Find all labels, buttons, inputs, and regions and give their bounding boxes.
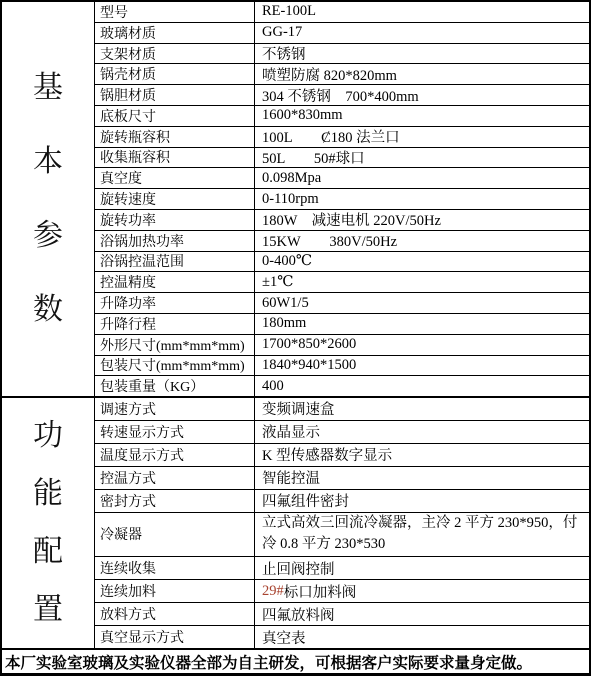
- vertical-title-char: 配: [33, 537, 63, 567]
- row-label: 真空显示方式: [95, 626, 255, 648]
- row-label: 浴锅加热功率: [95, 231, 255, 251]
- row-label: 升降功率: [95, 293, 255, 313]
- table-row: 密封方式四氟组件密封: [95, 490, 589, 513]
- table-row: 调速方式变频调速盒: [95, 398, 589, 421]
- row-value: 0-400℃: [255, 252, 589, 272]
- row-label: 锅壳材质: [95, 64, 255, 84]
- row-label: 控温方式: [95, 467, 255, 489]
- table-row: 收集瓶容积50L 50#球口: [95, 148, 589, 169]
- table-row: 外形尺寸(mm*mm*mm)1700*850*2600: [95, 335, 589, 356]
- row-label: 转速显示方式: [95, 421, 255, 443]
- row-label: 升降行程: [95, 314, 255, 334]
- row-value: 0-110rpm: [255, 189, 589, 209]
- table-row: 旋转功率180W 减速电机 220V/50Hz: [95, 210, 589, 231]
- row-value: 立式高效三回流冷凝器，主冷 2 平方 230*950，付冷 0.8 平方 230…: [255, 513, 589, 557]
- row-value: 真空表: [255, 626, 589, 648]
- table-row: 浴锅控温范围0-400℃: [95, 252, 589, 273]
- vertical-title-char: 功: [33, 421, 63, 451]
- row-value: 180W 减速电机 220V/50Hz: [255, 210, 589, 230]
- section-basic-params-title: 基 本 参 数: [2, 2, 95, 396]
- row-value: GG-17: [255, 23, 589, 43]
- vertical-title-char: 数: [33, 295, 63, 325]
- row-value: 15KW 380V/50Hz: [255, 231, 589, 251]
- vertical-title-char: 能: [33, 479, 63, 509]
- row-value: 50L 50#球口: [255, 148, 589, 168]
- row-value: 1700*850*2600: [255, 335, 589, 355]
- section-function-config-title: 功 能 配 置: [2, 398, 95, 648]
- table-row: 升降功率60W1/5: [95, 293, 589, 314]
- row-value: 1600*830mm: [255, 106, 589, 126]
- row-value: 400: [255, 376, 589, 396]
- row-value: 0.098Mpa: [255, 168, 589, 188]
- table-row: 包装尺寸(mm*mm*mm)1840*940*1500: [95, 356, 589, 377]
- table-row: 支架材质不锈钢: [95, 44, 589, 65]
- row-label: 支架材质: [95, 44, 255, 64]
- row-value: 四氟放料阀: [255, 603, 589, 625]
- vertical-title-char: 参: [33, 221, 63, 251]
- row-label: 连续加料: [95, 580, 255, 602]
- row-label: 旋转速度: [95, 189, 255, 209]
- row-value: 180mm: [255, 314, 589, 334]
- table-row: 转速显示方式液晶显示: [95, 421, 589, 444]
- row-label: 玻璃材质: [95, 23, 255, 43]
- row-label: 调速方式: [95, 398, 255, 420]
- vertical-title-char: 本: [33, 147, 63, 177]
- row-value: 100L Ȼ180 法兰口: [255, 127, 589, 147]
- row-value: 四氟组件密封: [255, 490, 589, 512]
- row-value: 止回阀控制: [255, 557, 589, 579]
- vertical-title-char: 基: [33, 73, 63, 103]
- table-row: 控温方式智能控温: [95, 467, 589, 490]
- table-row: 包装重量（KG）400: [95, 376, 589, 396]
- row-value: 液晶显示: [255, 421, 589, 443]
- row-value: 304 不锈钢 700*400mm: [255, 85, 589, 105]
- highlighted-value-part: 29#: [262, 583, 284, 600]
- row-label: 底板尺寸: [95, 106, 255, 126]
- row-value: RE-100L: [255, 2, 589, 22]
- row-label: 温度显示方式: [95, 444, 255, 466]
- row-value: ±1℃: [255, 272, 589, 292]
- row-label: 真空度: [95, 168, 255, 188]
- table-row: 温度显示方式K 型传感器数字显示: [95, 444, 589, 467]
- row-label: 连续收集: [95, 557, 255, 579]
- table-row: 真空显示方式真空表: [95, 626, 589, 648]
- table-row: 旋转速度0-110rpm: [95, 189, 589, 210]
- table-row: 锅胆材质304 不锈钢 700*400mm: [95, 85, 589, 106]
- table-row: 浴锅加热功率15KW 380V/50Hz: [95, 231, 589, 252]
- value-part: 标口加料阀: [284, 581, 357, 602]
- basic-params-rows: 型号RE-100L 玻璃材质GG-17 支架材质不锈钢 锅壳材质喷塑防腐 820…: [95, 2, 589, 396]
- row-label: 密封方式: [95, 490, 255, 512]
- row-value: K 型传感器数字显示: [255, 444, 589, 466]
- vertical-title-char: 置: [33, 595, 63, 625]
- spec-table: 基 本 参 数 型号RE-100L 玻璃材质GG-17 支架材质不锈钢 锅壳材质…: [0, 0, 591, 676]
- row-label: 包装重量（KG）: [95, 376, 255, 396]
- row-value: 喷塑防腐 820*820mm: [255, 64, 589, 84]
- row-label: 冷凝器: [95, 513, 255, 557]
- footer-note: 本厂实验室玻璃及实验仪器全部为自主研发，可根据客户实际要求量身定做。: [2, 650, 589, 673]
- table-row-condenser: 冷凝器立式高效三回流冷凝器，主冷 2 平方 230*950，付冷 0.8 平方 …: [95, 513, 589, 558]
- row-label: 放料方式: [95, 603, 255, 625]
- table-row-feeding: 连续加料 29#标口加料阀: [95, 580, 589, 603]
- section-function-config: 功 能 配 置 调速方式变频调速盒 转速显示方式液晶显示 温度显示方式K 型传感…: [2, 398, 589, 650]
- table-row: 连续收集止回阀控制: [95, 557, 589, 580]
- section-basic-params: 基 本 参 数 型号RE-100L 玻璃材质GG-17 支架材质不锈钢 锅壳材质…: [2, 2, 589, 398]
- row-label: 型号: [95, 2, 255, 22]
- row-value: 60W1/5: [255, 293, 589, 313]
- table-row: 旋转瓶容积100L Ȼ180 法兰口: [95, 127, 589, 148]
- row-label: 旋转瓶容积: [95, 127, 255, 147]
- table-row: 玻璃材质GG-17: [95, 23, 589, 44]
- table-row: 升降行程180mm: [95, 314, 589, 335]
- function-config-rows: 调速方式变频调速盒 转速显示方式液晶显示 温度显示方式K 型传感器数字显示 控温…: [95, 398, 589, 648]
- row-label: 浴锅控温范围: [95, 252, 255, 272]
- row-value: 智能控温: [255, 467, 589, 489]
- table-row: 底板尺寸1600*830mm: [95, 106, 589, 127]
- row-label: 锅胆材质: [95, 85, 255, 105]
- row-label: 旋转功率: [95, 210, 255, 230]
- row-value: 1840*940*1500: [255, 356, 589, 376]
- row-value: 不锈钢: [255, 44, 589, 64]
- table-row: 真空度0.098Mpa: [95, 168, 589, 189]
- table-row: 放料方式四氟放料阀: [95, 603, 589, 626]
- table-row: 锅壳材质喷塑防腐 820*820mm: [95, 64, 589, 85]
- row-value: 29#标口加料阀: [255, 580, 589, 602]
- row-label: 包装尺寸(mm*mm*mm): [95, 356, 255, 376]
- row-label: 收集瓶容积: [95, 148, 255, 168]
- row-value: 变频调速盒: [255, 398, 589, 420]
- table-row: 型号RE-100L: [95, 2, 589, 23]
- row-label: 外形尺寸(mm*mm*mm): [95, 335, 255, 355]
- table-row: 控温精度±1℃: [95, 272, 589, 293]
- row-label: 控温精度: [95, 272, 255, 292]
